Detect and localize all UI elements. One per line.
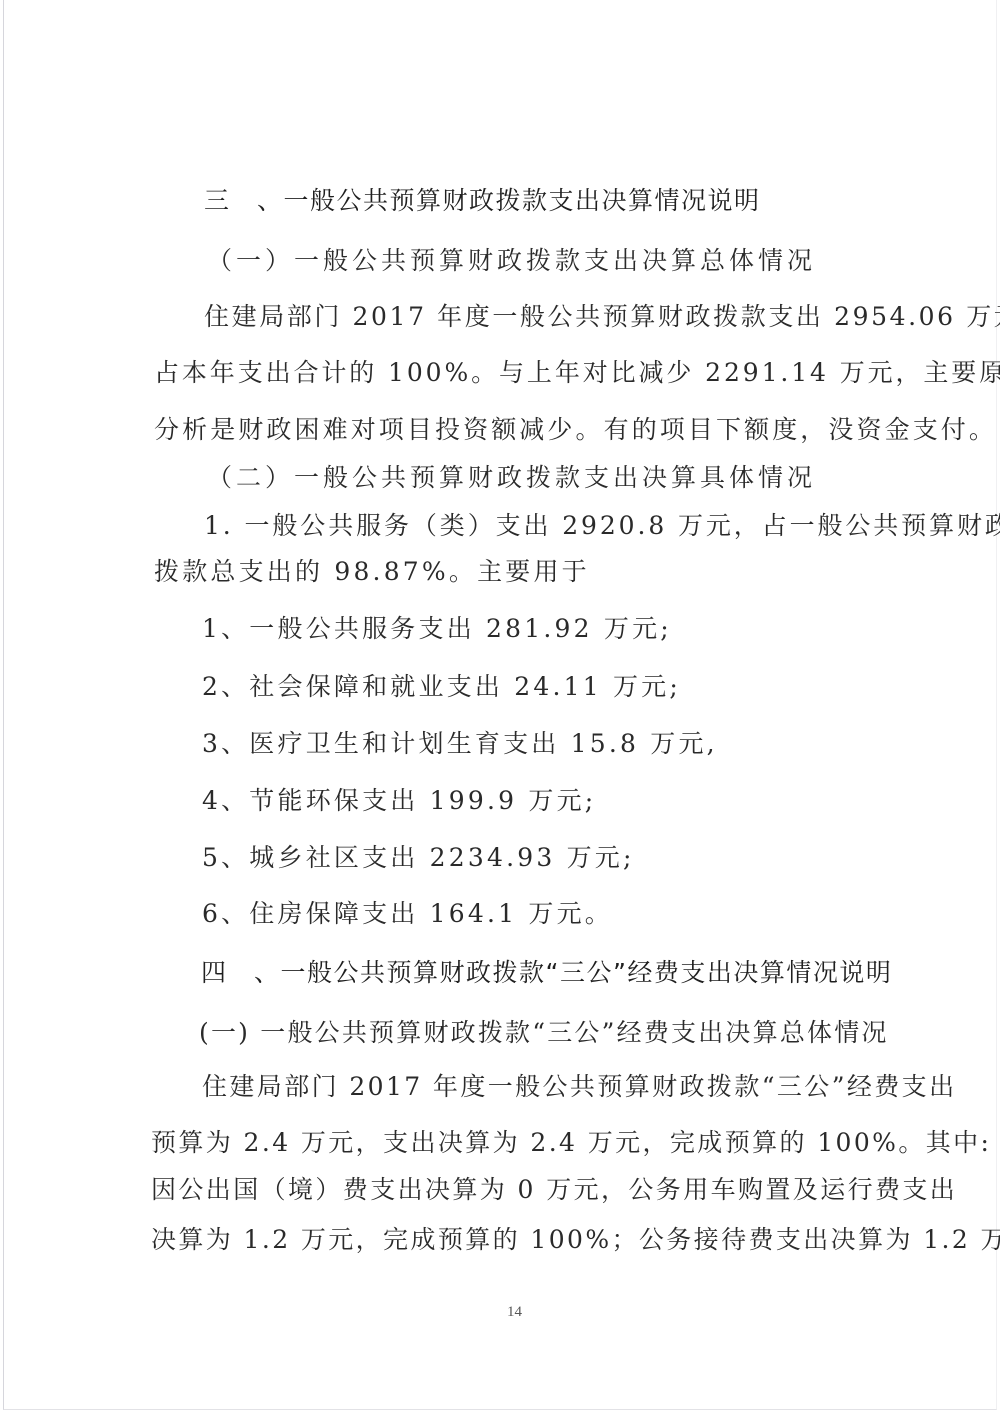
section-4-sub1-title: (一) 一般公共预算财政拨款“三公”经费支出决算总体情况 xyxy=(199,1017,889,1049)
paragraph-line: 拨款总支出的 98.87%。主要用于 xyxy=(154,556,590,588)
list-item: 2、社会保障和就业支出 24.11 万元; xyxy=(202,671,681,703)
section-3-heading: 三 、一般公共预算财政拨款支出决算情况说明 xyxy=(204,185,761,217)
paragraph-line: 住建局部门 2017 年度一般公共预算财政拨款“三公”经费支出 xyxy=(202,1071,956,1103)
paragraph-line: 住建局部门 2017 年度一般公共预算财政拨款支出 2954.06 万元， xyxy=(204,301,1000,333)
section-3-sub1-title: （一）一般公共预算财政拨款支出决算总体情况 xyxy=(207,245,816,277)
paragraph-line: 1. 一般公共服务（类）支出 2920.8 万元，占一般公共预算财政 xyxy=(204,510,1000,542)
list-item: 4、节能环保支出 199.9 万元; xyxy=(202,785,596,817)
list-item: 6、住房保障支出 164.1 万元。 xyxy=(202,898,613,930)
paragraph-line: 预算为 2.4 万元，支出决算为 2.4 万元，完成预算的 100%。其中: xyxy=(151,1127,991,1159)
list-item: 3、医疗卫生和计划生育支出 15.8 万元, xyxy=(202,728,718,760)
paragraph-line: 占本年支出合计的 100%。与上年对比减少 2291.14 万元，主要原因 xyxy=(154,357,1000,389)
section-4-heading: 四 、一般公共预算财政拨款“三公”经费支出决算情况说明 xyxy=(201,957,892,989)
list-item: 5、城乡社区支出 2234.93 万元; xyxy=(202,842,635,874)
paragraph-line: 因公出国（境）费支出决算为 0 万元，公务用车购置及运行费支出 xyxy=(151,1174,957,1206)
paragraph-line: 分析是财政困难对项目投资额减少。有的项目下额度，没资金支付。 xyxy=(154,414,997,446)
paragraph-line: 决算为 1.2 万元，完成预算的 100%；公务接待费支出决算为 1.2 万 xyxy=(151,1224,1000,1256)
section-3-sub2-title: （二）一般公共预算财政拨款支出决算具体情况 xyxy=(207,462,816,494)
page-number: 14 xyxy=(507,1304,522,1321)
document-page: 三 、一般公共预算财政拨款支出决算情况说明 （一）一般公共预算财政拨款支出决算总… xyxy=(3,0,997,1410)
list-item: 1、一般公共服务支出 281.92 万元; xyxy=(202,613,672,645)
